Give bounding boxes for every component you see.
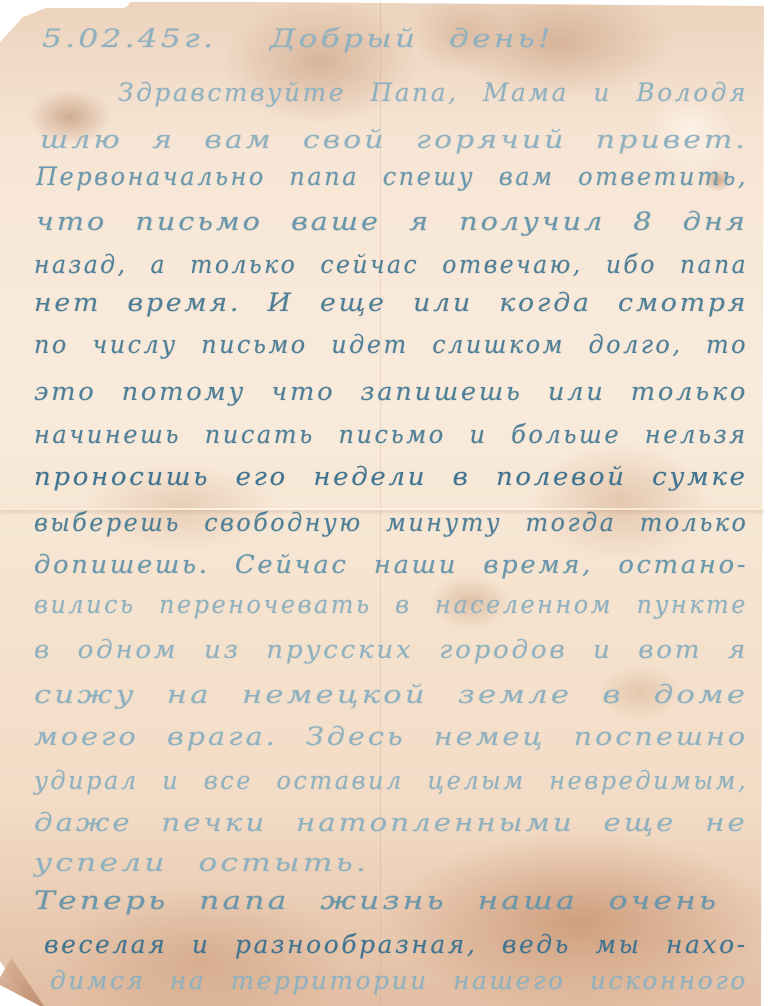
letter-line: сижу на немецкой земле в доме xyxy=(34,680,748,709)
letter-line: Здравствуйте Папа, Мама и Володя xyxy=(118,78,748,107)
letter-line: нет время. И еще или когда смотря xyxy=(34,288,748,317)
letter-line: Первоначально папа спешу вам ответить, xyxy=(36,162,748,191)
letter-line: что письмо ваше я получил 8 дня xyxy=(36,207,748,236)
letter-line: назад, а только сейчас отвечаю, ибо папа xyxy=(34,250,748,279)
letter-line: в одном из прусских городов и вот я xyxy=(34,635,748,664)
letter-line: выберешь свободную минуту тогда только xyxy=(34,508,748,537)
letter-line: шлю я вам свой горячий привет. xyxy=(40,125,748,154)
letter-date: 5.02.45г. xyxy=(42,24,216,53)
torn-edge xyxy=(40,0,130,8)
letter-line: моего врага. Здесь немец поспешно xyxy=(34,722,748,751)
letter-line: даже печки натопленными еще не xyxy=(34,808,748,837)
letter-line: допишешь. Сейчас наши время, остано- xyxy=(34,550,748,579)
letter-line: веселая и разнообразная, ведь мы нахо- xyxy=(44,930,748,959)
letter-header-greeting: Добрый день! xyxy=(270,24,554,53)
letter-line: успели остыть. xyxy=(34,848,369,877)
letter-line: начинешь писать письмо и больше нельзя xyxy=(34,420,748,449)
letter-line: димся на территории нашего исконного xyxy=(50,966,748,995)
letter-line: Теперь папа жизнь наша очень xyxy=(34,886,719,915)
letter-line: удирал и все оставил целым невредимым, xyxy=(34,766,748,795)
letter-line: это потому что запишешь или только xyxy=(34,377,748,406)
letter-line: проносишь его недели в полевой сумке xyxy=(34,462,748,491)
letter-line: по числу письмо идет слишком долго, то xyxy=(34,330,748,359)
letter-line: вились переночевать в населенном пункте xyxy=(34,590,748,619)
